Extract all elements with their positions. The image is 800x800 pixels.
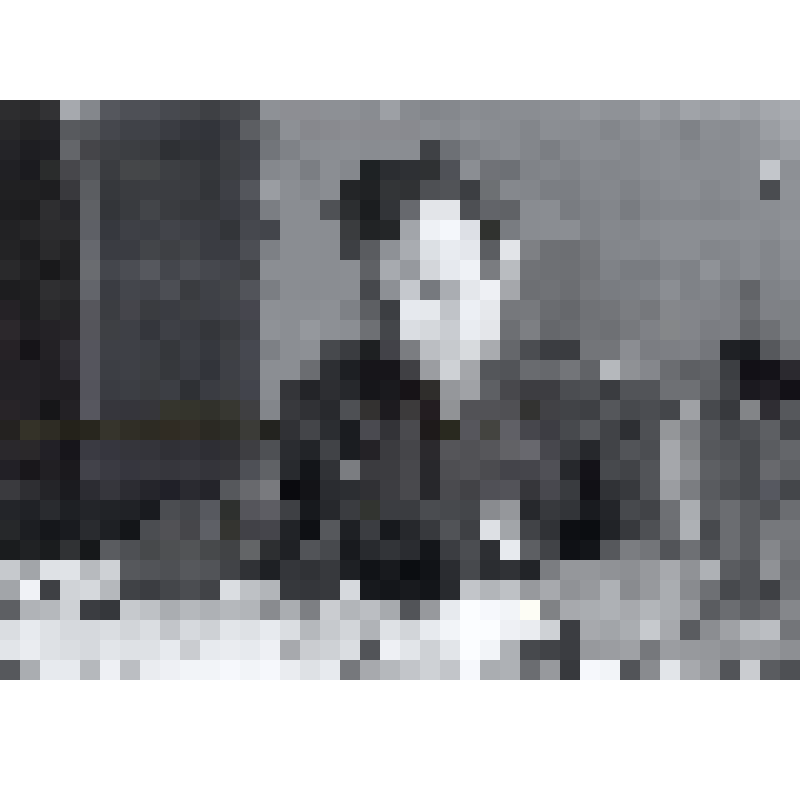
page [0, 0, 800, 800]
pixelated-photo [0, 100, 800, 680]
photo-container [0, 100, 800, 680]
